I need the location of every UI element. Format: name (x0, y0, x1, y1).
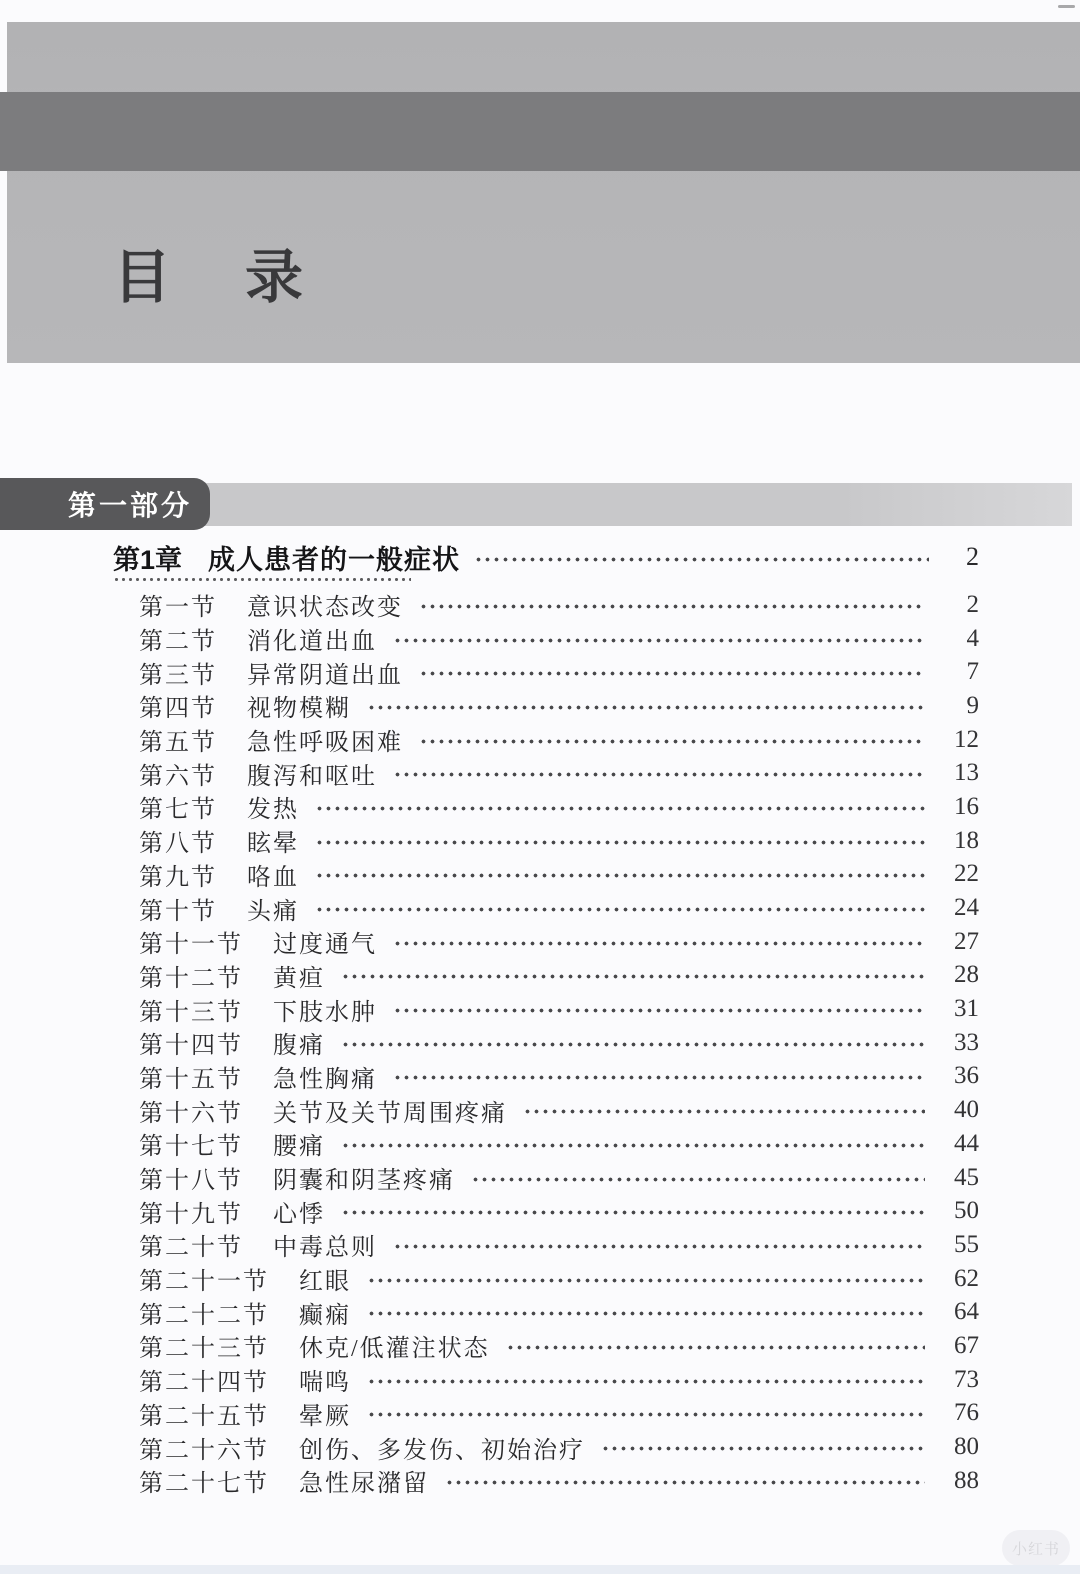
section-title: 腹痛 (273, 1025, 325, 1060)
dot-leader (315, 806, 925, 811)
section-label: 第四节 (139, 688, 217, 723)
section-title: 腹泻和呕吐 (247, 756, 377, 791)
toc-section-row: 第二十四节 喘鸣 73 (113, 1363, 979, 1397)
section-title: 黄疸 (273, 958, 325, 993)
cover-header: 目 录 (7, 22, 1080, 363)
section-page: 24 (933, 894, 979, 922)
section-page: 45 (933, 1164, 979, 1192)
section-page: 9 (933, 692, 979, 720)
section-page: 40 (933, 1096, 979, 1124)
toc-section-row: 第十一节 过度通气 27 (113, 925, 979, 959)
toc-section-row: 第二十节 中毒总则 55 (113, 1228, 979, 1262)
section-label: 第十节 (139, 891, 217, 926)
toc-section-row: 第十七节 腰痛 44 (113, 1127, 979, 1161)
section-label: 第二十六节 (139, 1430, 269, 1465)
dot-leader (393, 1244, 925, 1249)
toc-section-row: 第五节 急性呼吸困难 12 (113, 723, 979, 757)
toc-section-row: 第八节 眩晕 18 (113, 824, 979, 858)
bottom-strip (0, 1565, 1080, 1574)
section-title: 头痛 (247, 891, 299, 926)
chapter-label: 第1章 (113, 538, 182, 577)
section-label: 第十五节 (139, 1059, 243, 1094)
section-page: 28 (933, 961, 979, 989)
dot-leader (419, 671, 925, 676)
section-page: 50 (933, 1197, 979, 1225)
dot-leader (393, 1008, 925, 1013)
section-title: 中毒总则 (273, 1227, 377, 1262)
section-page: 22 (933, 860, 979, 888)
section-page: 27 (933, 928, 979, 956)
dot-leader (315, 907, 925, 912)
dot-leader (474, 557, 929, 562)
section-label: 第十八节 (139, 1160, 243, 1195)
section-label: 第六节 (139, 756, 217, 791)
dot-leader (419, 604, 925, 609)
toc-section-row: 第二十三节 休克/低灌注状态 67 (113, 1329, 979, 1363)
section-page: 64 (933, 1298, 979, 1326)
section-title: 下肢水肿 (273, 992, 377, 1027)
chapter-entry: 第1章 成人患者的一般症状 2 (113, 538, 979, 576)
dot-leader (471, 1177, 925, 1182)
section-title: 喘鸣 (299, 1362, 351, 1397)
section-title: 休克/低灌注状态 (299, 1328, 490, 1363)
section-page: 62 (933, 1265, 979, 1293)
section-label: 第十七节 (139, 1126, 243, 1161)
section-page: 55 (933, 1231, 979, 1259)
page-title: 目 录 (113, 230, 305, 314)
dot-leader (367, 705, 925, 710)
section-label: 第七节 (139, 789, 217, 824)
dot-leader (445, 1480, 925, 1485)
section-label: 第十六节 (139, 1093, 243, 1128)
toc-section-row: 第二节 消化道出血 4 (113, 622, 979, 656)
dot-leader (367, 1379, 925, 1384)
section-page: 2 (933, 591, 979, 619)
section-page: 67 (933, 1332, 979, 1360)
section-label: 第十三节 (139, 992, 243, 1027)
section-title: 急性尿潴留 (299, 1463, 429, 1498)
section-title: 红眼 (299, 1261, 351, 1296)
section-label: 第八节 (139, 823, 217, 858)
section-title: 急性呼吸困难 (247, 722, 403, 757)
toc-section-row: 第十二节 黄疸 28 (113, 959, 979, 993)
dot-leader (419, 739, 925, 744)
section-page: 16 (933, 793, 979, 821)
toc-section-row: 第一节 意识状态改变 2 (113, 588, 979, 622)
part-badge-label: 第一部分 (68, 484, 192, 524)
section-title: 阴囊和阴茎疼痛 (273, 1160, 455, 1195)
dot-leader (315, 840, 925, 845)
toc-section-row: 第二十六节 创伤、多发伤、初始治疗 80 (113, 1430, 979, 1464)
chapter-title: 成人患者的一般症状 (208, 538, 460, 577)
toc-section-row: 第十五节 急性胸痛 36 (113, 1060, 979, 1094)
section-title: 眩晕 (247, 823, 299, 858)
dot-leader (367, 1278, 925, 1283)
section-label: 第五节 (139, 722, 217, 757)
section-label: 第十二节 (139, 958, 243, 993)
watermark-badge: 小红书 (1002, 1530, 1070, 1566)
section-page: 88 (933, 1467, 979, 1495)
section-page: 18 (933, 827, 979, 855)
toc-section-row: 第十三节 下肢水肿 31 (113, 992, 979, 1026)
section-page: 33 (933, 1029, 979, 1057)
section-title: 咯血 (247, 857, 299, 892)
section-title: 腰痛 (273, 1126, 325, 1161)
section-title: 过度通气 (273, 924, 377, 959)
section-title: 创伤、多发伤、初始治疗 (299, 1430, 585, 1465)
section-title: 癫痫 (299, 1295, 351, 1330)
section-label: 第二十三节 (139, 1328, 269, 1363)
part-banner: 第一部分 (0, 478, 1080, 530)
scan-dash (1058, 5, 1075, 8)
section-page: 76 (933, 1399, 979, 1427)
toc-section-row: 第九节 咯血 22 (113, 858, 979, 892)
page-title-char: 目 (113, 230, 173, 314)
section-label: 第二十七节 (139, 1463, 269, 1498)
section-label: 第二十四节 (139, 1362, 269, 1397)
cover-dark-band (0, 92, 1080, 171)
dot-leader (393, 941, 925, 946)
section-label: 第九节 (139, 857, 217, 892)
section-title: 视物模糊 (247, 688, 351, 723)
dot-leader (601, 1446, 925, 1451)
section-title: 发热 (247, 789, 299, 824)
section-label: 第二十节 (139, 1227, 243, 1262)
section-label: 第一节 (139, 587, 217, 622)
toc-section-row: 第二十七节 急性尿潴留 88 (113, 1464, 979, 1498)
chapter-page-number: 2 (933, 542, 979, 572)
section-page: 36 (933, 1062, 979, 1090)
sections-list: 第一节 意识状态改变 2 第二节 消化道出血 4 第三节 异常阴道出血 7 第四… (113, 588, 979, 1498)
dot-leader (393, 772, 925, 777)
section-label: 第二十二节 (139, 1295, 269, 1330)
watermark-label: 小红书 (1012, 1538, 1060, 1559)
dot-leader (523, 1109, 925, 1114)
toc-section-row: 第十四节 腹痛 33 (113, 1026, 979, 1060)
toc-section-row: 第六节 腹泻和呕吐 13 (113, 756, 979, 790)
toc-section-row: 第四节 视物模糊 9 (113, 689, 979, 723)
section-label: 第十九节 (139, 1194, 243, 1229)
toc-section-row: 第十九节 心悸 50 (113, 1194, 979, 1228)
section-label: 第二节 (139, 621, 217, 656)
section-title: 晕厥 (299, 1396, 351, 1431)
section-title: 急性胸痛 (273, 1059, 377, 1094)
section-label: 第二十五节 (139, 1396, 269, 1431)
dot-leader (341, 1042, 925, 1047)
toc-section-row: 第十八节 阴囊和阴茎疼痛 45 (113, 1161, 979, 1195)
section-title: 心悸 (273, 1194, 325, 1229)
section-label: 第十四节 (139, 1025, 243, 1060)
section-title: 关节及关节周围疼痛 (273, 1093, 507, 1128)
toc-section-row: 第二十五节 晕厥 76 (113, 1397, 979, 1431)
part-banner-bar (180, 483, 1072, 526)
section-page: 31 (933, 995, 979, 1023)
dot-leader (506, 1345, 925, 1350)
section-page: 13 (933, 759, 979, 787)
dot-leader (341, 974, 925, 979)
dot-leader (393, 638, 925, 643)
dot-leader (341, 1210, 925, 1215)
section-page: 44 (933, 1130, 979, 1158)
dot-leader (341, 1143, 925, 1148)
section-page: 80 (933, 1433, 979, 1461)
page-title-char: 录 (245, 230, 305, 314)
chapter-dotted-underline (113, 577, 411, 582)
dot-leader (315, 873, 925, 878)
dot-leader (367, 1412, 925, 1417)
section-page: 4 (933, 625, 979, 653)
toc-section-row: 第七节 发热 16 (113, 790, 979, 824)
section-title: 异常阴道出血 (247, 655, 403, 690)
section-title: 意识状态改变 (247, 587, 403, 622)
dot-leader (367, 1311, 925, 1316)
toc-section-row: 第十六节 关节及关节周围疼痛 40 (113, 1093, 979, 1127)
toc-section-row: 第二十二节 癫痫 64 (113, 1295, 979, 1329)
section-label: 第二十一节 (139, 1261, 269, 1296)
section-title: 消化道出血 (247, 621, 377, 656)
part-badge: 第一部分 (0, 478, 210, 530)
section-label: 第三节 (139, 655, 217, 690)
toc-section-row: 第十节 头痛 24 (113, 891, 979, 925)
dot-leader (393, 1075, 925, 1080)
toc-section-row: 第三节 异常阴道出血 7 (113, 655, 979, 689)
section-page: 73 (933, 1366, 979, 1394)
table-of-contents: 第1章 成人患者的一般症状 2 第一节 意识状态改变 2 第二节 消化道出血 4… (113, 538, 979, 1498)
toc-section-row: 第二十一节 红眼 62 (113, 1262, 979, 1296)
section-label: 第十一节 (139, 924, 243, 959)
section-page: 12 (933, 726, 979, 754)
section-page: 7 (933, 658, 979, 686)
